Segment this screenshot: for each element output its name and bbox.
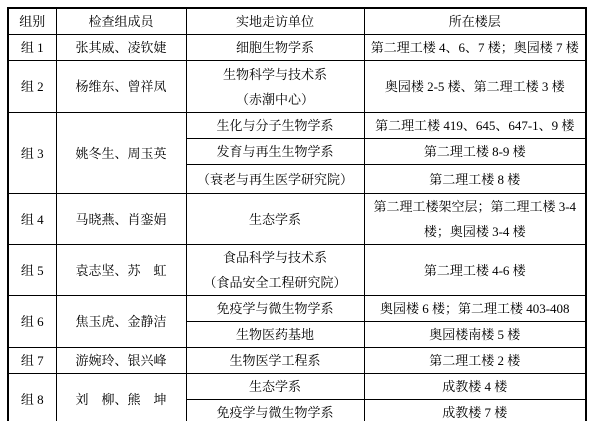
unit-cell: （衰老与再生医学研究院） [186,165,364,194]
unit-cell: 免疫学与微生物学系 [186,400,364,421]
document-page: 组别 检查组成员 实地走访单位 所在楼层 组 1 张其威、凌钦婕 细胞生物学系 … [0,7,592,421]
floor-cell: 第二理工楼架空层；第二理工楼 3-4 楼；奥园楼 3-4 楼 [364,194,586,245]
floor-cell: 成教楼 4 楼 [364,374,586,400]
unit-cell: 生化与分子生物学系 [186,113,364,139]
floor-cell: 奥园楼 6 楼；第二理工楼 403-408 [364,296,586,322]
members-cell: 杨维东、曾祥凤 [56,61,186,113]
members-cell: 焦玉虎、金静洁 [56,296,186,348]
floor-cell: 第二理工楼 8 楼 [364,165,586,194]
group-cell: 组 7 [8,348,56,374]
header-unit: 实地走访单位 [186,8,364,35]
group-cell: 组 6 [8,296,56,348]
table-row: 组 7 游婉玲、银兴峰 生物医学工程系 第二理工楼 2 楼 [8,348,586,374]
table-row: 组 6 焦玉虎、金静洁 免疫学与微生物学系 奥园楼 6 楼；第二理工楼 403-… [8,296,586,322]
members-cell: 姚冬生、周玉英 [56,113,186,194]
unit-cell: 生态学系 [186,374,364,400]
table-row: 组 2 杨维东、曾祥凤 生物科学与技术系 （赤潮中心） 奥园楼 2-5 楼、第二… [8,61,586,113]
members-cell: 游婉玲、银兴峰 [56,348,186,374]
members-cell: 马晓燕、肖銮娟 [56,194,186,245]
group-cell: 组 5 [8,245,56,296]
group-cell: 组 8 [8,374,56,421]
header-members: 检查组成员 [56,8,186,35]
group-cell: 组 4 [8,194,56,245]
table-row: 组 3 姚冬生、周玉英 生化与分子生物学系 第二理工楼 419、645、647-… [8,113,586,139]
floor-cell: 第二理工楼 2 楼 [364,348,586,374]
table-row: 组 5 袁志坚、苏 虹 食品科学与技术系 （食品安全工程研究院） 第二理工楼 4… [8,245,586,296]
floor-cell: 第二理工楼 8-9 楼 [364,139,586,165]
floor-cell: 奥园楼南楼 5 楼 [364,322,586,348]
table-row: 组 1 张其威、凌钦婕 细胞生物学系 第二理工楼 4、6、7 楼；奥园楼 7 楼 [8,35,586,61]
unit-cell: 生物科学与技术系 （赤潮中心） [186,61,364,113]
unit-cell: 免疫学与微生物学系 [186,296,364,322]
floor-cell: 第二理工楼 419、645、647-1、9 楼 [364,113,586,139]
group-cell: 组 1 [8,35,56,61]
group-cell: 组 3 [8,113,56,194]
unit-cell: 食品科学与技术系 （食品安全工程研究院） [186,245,364,296]
group-cell: 组 2 [8,61,56,113]
table-row: 组 4 马晓燕、肖銮娟 生态学系 第二理工楼架空层；第二理工楼 3-4 楼；奥园… [8,194,586,245]
floor-cell: 第二理工楼 4-6 楼 [364,245,586,296]
table-row: 组 8 刘 柳、熊 坤 生态学系 成教楼 4 楼 [8,374,586,400]
floor-cell: 第二理工楼 4、6、7 楼；奥园楼 7 楼 [364,35,586,61]
unit-cell: 生物医学工程系 [186,348,364,374]
header-floor: 所在楼层 [364,8,586,35]
unit-line: 食品科学与技术系 [190,245,361,270]
floor-cell: 成教楼 7 楼 [364,400,586,421]
unit-cell: 生物医药基地 [186,322,364,348]
header-group: 组别 [8,8,56,35]
unit-line: （赤潮中心） [190,87,361,112]
members-cell: 袁志坚、苏 虹 [56,245,186,296]
members-cell: 刘 柳、熊 坤 [56,374,186,421]
inspection-schedule-table: 组别 检查组成员 实地走访单位 所在楼层 组 1 张其威、凌钦婕 细胞生物学系 … [7,7,587,421]
floor-cell: 奥园楼 2-5 楼、第二理工楼 3 楼 [364,61,586,113]
unit-line: （食品安全工程研究院） [190,270,361,295]
header-row: 组别 检查组成员 实地走访单位 所在楼层 [8,8,586,35]
unit-cell: 生态学系 [186,194,364,245]
unit-cell: 发育与再生生物学系 [186,139,364,165]
unit-line: 生物科学与技术系 [190,62,361,87]
unit-cell: 细胞生物学系 [186,35,364,61]
members-cell: 张其威、凌钦婕 [56,35,186,61]
